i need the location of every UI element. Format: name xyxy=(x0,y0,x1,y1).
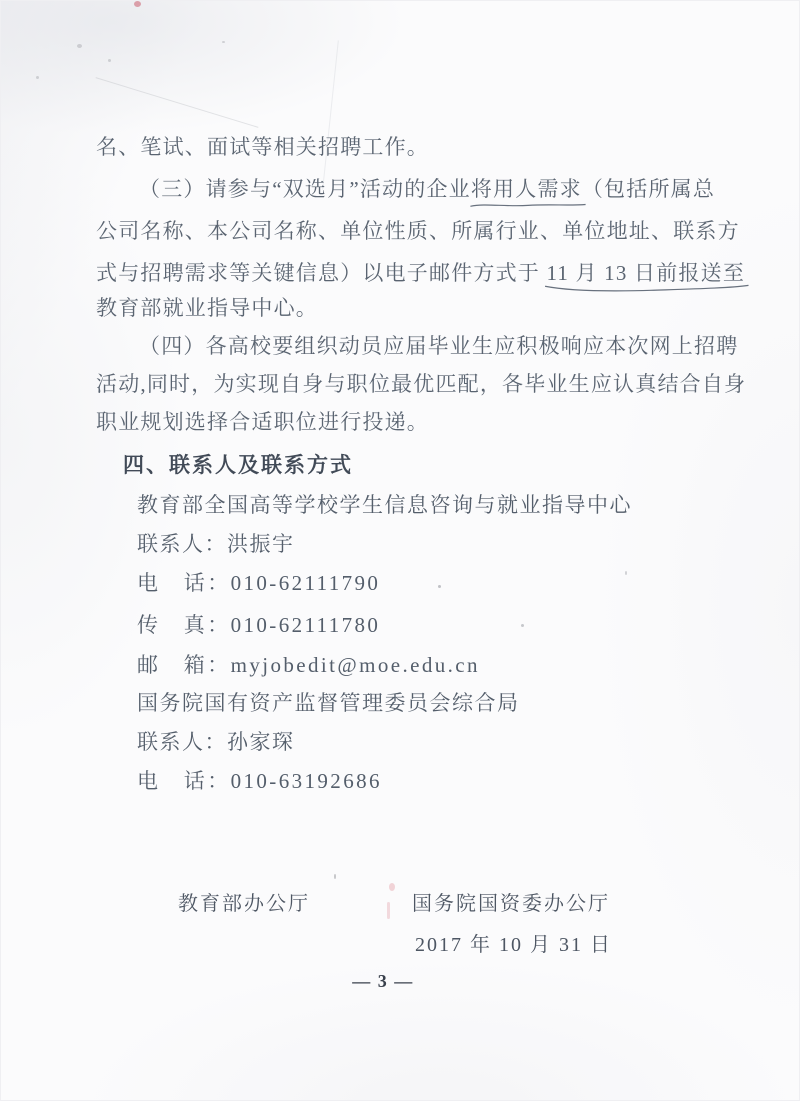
paper-crease xyxy=(96,77,259,128)
body-line: 活动,同时，为实现自身与职位最优匹配，各毕业生应认真结合自身 xyxy=(96,368,746,398)
paper-speck xyxy=(222,41,225,43)
body-line: 名、笔试、面试等相关招聘工作。 xyxy=(96,131,429,161)
text-segment: 11 月 13 日前报送至 xyxy=(546,261,745,285)
wavy-underline xyxy=(468,200,588,209)
pink-ink-smudge xyxy=(389,883,395,891)
contact-fax: 传 真：010-62111780 xyxy=(137,609,380,639)
contact-email: 邮 箱：myjobedit@moe.edu.cn xyxy=(137,649,480,679)
section-heading: 四、联系人及联系方式 xyxy=(123,449,353,479)
contact-phone: 电 话：010-63192686 xyxy=(137,765,382,795)
signature-date: 2017 年 10 月 31 日 xyxy=(415,928,612,957)
paper-speck xyxy=(36,76,39,79)
body-line: 教育部就业指导中心。 xyxy=(96,292,318,322)
contact-person: 联系人：孙家琛 xyxy=(137,726,295,756)
paper-speck xyxy=(108,59,111,62)
signature-right: 国务院国资委办公厅 xyxy=(412,887,610,916)
underlined-text: 11 月 13 日前报送至 xyxy=(546,257,745,287)
paper-speck xyxy=(334,874,336,879)
underlined-text: 将用人需求 xyxy=(471,173,582,203)
contact-org: 国务院国有资产监督管理委员会综合局 xyxy=(137,687,520,717)
contact-phone: 电 话：010-62111790 xyxy=(137,567,380,597)
page-number: — 3 — xyxy=(308,971,458,992)
paper-speck xyxy=(77,44,82,48)
contact-person: 联系人：洪振宇 xyxy=(137,528,295,558)
scanned-document-page: 名、笔试、面试等相关招聘工作。 （三）请参与“双选月”活动的企业将用人需求（包括… xyxy=(0,0,800,1101)
text-segment: （三）请参与“双选月”活动的企业 xyxy=(139,177,471,201)
body-line: 公司名称、本公司名称、单位性质、所属行业、单位地址、联系方 xyxy=(96,215,740,245)
body-line: 式与招聘需求等关键信息）以电子邮件方式于 11 月 13 日前报送至 xyxy=(96,257,745,287)
text-segment: 式与招聘需求等关键信息）以电子邮件方式于 xyxy=(96,261,546,285)
paper-speck xyxy=(521,624,524,627)
pink-ink-smudge xyxy=(387,902,390,919)
body-line: （四）各高校要组织动员应届毕业生应积极响应本次网上招聘 xyxy=(139,330,738,360)
body-line: （三）请参与“双选月”活动的企业将用人需求（包括所属总 xyxy=(139,173,715,203)
paper-speck xyxy=(625,571,627,575)
red-ink-dot xyxy=(134,1,141,7)
paper-speck xyxy=(438,585,441,588)
body-line: 职业规划选择合适职位进行投递。 xyxy=(96,406,429,436)
text-segment: （包括所属总 xyxy=(582,177,715,201)
signature-left: 教育部办公厅 xyxy=(178,887,310,916)
wavy-underline xyxy=(543,284,751,293)
text-segment: 将用人需求 xyxy=(471,177,582,201)
paper-crease xyxy=(322,40,339,189)
contact-org: 教育部全国高等学校学生信息咨询与就业指导中心 xyxy=(137,489,632,519)
